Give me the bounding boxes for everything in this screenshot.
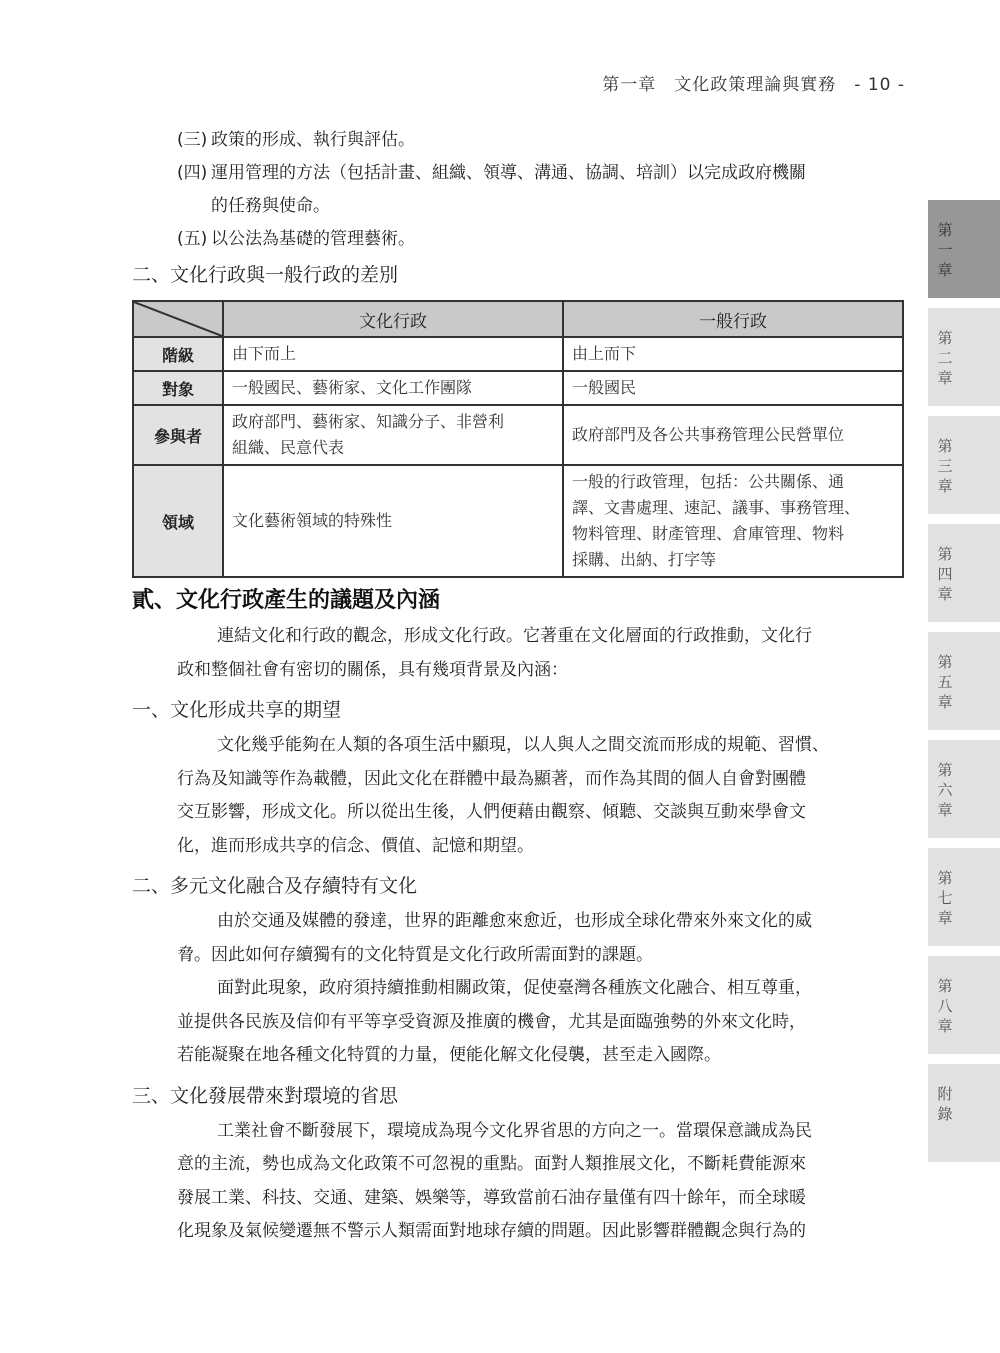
table-header-row: 文化行政 一般行政 <box>133 301 903 337</box>
tab-label: 第八章 <box>937 976 953 1036</box>
table-cell: 由下而上 <box>223 337 563 371</box>
paragraph: 由於交通及媒體的發達，世界的距離愈來愈近，也形成全球化帶來外來文化的威 脅。因此… <box>132 905 904 972</box>
table-cell: 政府部門及各公共事務管理公民營單位 <box>563 405 903 465</box>
list-marker: (三) <box>177 124 211 157</box>
paragraph-line: 若能凝聚在地各種文化特質的力量，便能化解文化侵襲，甚至走入國際。 <box>177 1039 904 1073</box>
cell-line: 譯、文書處理、速記、議事、事務管理、 <box>572 495 894 521</box>
paragraph-line: 工業社會不斷發展下，環境成為現今文化界省思的方向之一。當環保意識成為民 <box>177 1115 904 1149</box>
subsection-heading: 一、文化形成共享的期望 <box>132 691 904 729</box>
section-heading: 二、文化行政與一般行政的差別 <box>132 256 904 294</box>
cell-line: 採購、出納、打字等 <box>572 547 894 573</box>
paragraph-line: 發展工業、科技、交通、建築、娛樂等，導致當前石油存量僅有四十餘年，而全球暖 <box>177 1182 904 1216</box>
tab-label: 第七章 <box>937 868 953 928</box>
table-cell: 文化藝術領域的特殊性 <box>223 465 563 577</box>
tab-label: 第二章 <box>937 328 953 388</box>
paragraph-line: 連結文化和行政的觀念，形成文化行政。它著重在文化層面的行政推動，文化行 <box>177 620 904 654</box>
list-marker: (五) <box>177 223 211 256</box>
list-item: (三)政策的形成、執行與評估。 <box>132 124 904 157</box>
chapter-tab-6[interactable]: 第六章 <box>928 740 1000 838</box>
table-row: 對象 一般國民、藝術家、文化工作團隊 一般國民 <box>133 371 903 405</box>
row-header: 領域 <box>133 465 223 577</box>
tab-label: 第一章 <box>937 220 953 280</box>
column-header: 文化行政 <box>223 301 563 337</box>
paragraph-line: 面對此現象，政府須持續推動相關政策，促使臺灣各種族文化融合、相互尊重， <box>177 972 904 1006</box>
list-marker: (四) <box>177 157 211 190</box>
table-cell: 政府部門、藝術家、知識分子、非營利 組織、民意代表 <box>223 405 563 465</box>
chapter-tab-1[interactable]: 第一章 <box>928 200 1000 298</box>
chapter-tab-7[interactable]: 第七章 <box>928 848 1000 946</box>
table-row: 參與者 政府部門、藝術家、知識分子、非營利 組織、民意代表 政府部門及各公共事務… <box>133 405 903 465</box>
list-item: (四)運用管理的方法（包括計畫、組織、領導、溝通、協調、培訓）以完成政府機關 <box>132 157 904 190</box>
cell-line: 政府部門、藝術家、知識分子、非營利 <box>232 409 554 435</box>
paragraph-line: 行為及知識等作為載體，因此文化在群體中最為顯著，而作為其間的個人自會對團體 <box>177 763 904 797</box>
paragraph-line: 並提供各民族及信仰有平等享受資源及推廣的機會，尤其是面臨強勢的外來文化時， <box>177 1006 904 1040</box>
tab-label: 第五章 <box>937 652 953 712</box>
chapter-tab-appendix[interactable]: 附錄 <box>928 1064 1000 1162</box>
tab-label: 第六章 <box>937 760 953 820</box>
paragraph-line: 由於交通及媒體的發達，世界的距離愈來愈近，也形成全球化帶來外來文化的威 <box>177 905 904 939</box>
comparison-table: 文化行政 一般行政 階級 由下而上 由上而下 對象 一般國民、藝術家、文化工作團… <box>132 300 904 578</box>
running-header: 第一章 文化政策理論與實務 - 10 - <box>602 70 905 95</box>
diagonal-line-icon <box>134 302 222 336</box>
chapter-section-heading: 貳、文化行政產生的議題及內涵 <box>132 580 904 620</box>
list-item: (五)以公法為基礎的管理藝術。 <box>132 223 904 256</box>
list-text: 政策的形成、執行與評估。 <box>211 130 415 150</box>
paragraph: 文化幾乎能夠在人類的各項生活中顯現，以人與人之間交流而形成的規範、習慣、 行為及… <box>132 729 904 863</box>
intro-paragraph: 連結文化和行政的觀念，形成文化行政。它著重在文化層面的行政推動，文化行 政和整個… <box>132 620 904 687</box>
paragraph-line: 政和整個社會有密切的關係，具有幾項背景及內涵： <box>177 654 904 688</box>
chapter-tab-5[interactable]: 第五章 <box>928 632 1000 730</box>
row-header: 對象 <box>133 371 223 405</box>
column-header: 一般行政 <box>563 301 903 337</box>
paragraph-line: 化，進而形成共享的信念、價值、記憶和期望。 <box>177 830 904 864</box>
table-cell: 一般國民、藝術家、文化工作團隊 <box>223 371 563 405</box>
table-cell: 一般的行政管理，包括：公共關係、通 譯、文書處理、速記、議事、事務管理、 物料管… <box>563 465 903 577</box>
paragraph-line: 文化幾乎能夠在人類的各項生活中顯現，以人與人之間交流而形成的規範、習慣、 <box>177 729 904 763</box>
tab-label: 附錄 <box>937 1084 953 1124</box>
cell-line: 組織、民意代表 <box>232 435 554 461</box>
cell-line: 物料管理、財產管理、倉庫管理、物料 <box>572 521 894 547</box>
paragraph: 工業社會不斷發展下，環境成為現今文化界省思的方向之一。當環保意識成為民 意的主流… <box>132 1115 904 1249</box>
list-text: 以公法為基礎的管理藝術。 <box>211 229 415 249</box>
chapter-tab-4[interactable]: 第四章 <box>928 524 1000 622</box>
list-text: 運用管理的方法（包括計畫、組織、領導、溝通、協調、培訓）以完成政府機關 <box>211 163 806 183</box>
row-header: 參與者 <box>133 405 223 465</box>
row-header: 階級 <box>133 337 223 371</box>
paragraph-line: 脅。因此如何存續獨有的文化特質是文化行政所需面對的課題。 <box>177 939 904 973</box>
paragraph-line: 化現象及氣候變遷無不警示人類需面對地球存續的問題。因此影響群體觀念與行為的 <box>177 1215 904 1249</box>
list-item-continuation: 的任務與使命。 <box>132 190 904 223</box>
chapter-tab-8[interactable]: 第八章 <box>928 956 1000 1054</box>
table-row: 階級 由下而上 由上而下 <box>133 337 903 371</box>
page-content: (三)政策的形成、執行與評估。 (四)運用管理的方法（包括計畫、組織、領導、溝通… <box>132 124 904 1249</box>
table-cell: 一般國民 <box>563 371 903 405</box>
cell-line: 一般的行政管理，包括：公共關係、通 <box>572 469 894 495</box>
table-corner-cell <box>133 301 223 337</box>
paragraph-line: 意的主流，勢也成為文化政策不可忽視的重點。面對人類推展文化，不斷耗費能源來 <box>177 1148 904 1182</box>
subsection-heading: 三、文化發展帶來對環境的省思 <box>132 1077 904 1115</box>
paragraph-line: 交互影響，形成文化。所以從出生後，人們便藉由觀察、傾聽、交談與互動來學會文 <box>177 796 904 830</box>
subsection-heading: 二、多元文化融合及存續特有文化 <box>132 867 904 905</box>
chapter-tab-3[interactable]: 第三章 <box>928 416 1000 514</box>
chapter-tab-2[interactable]: 第二章 <box>928 308 1000 406</box>
tab-label: 第三章 <box>937 436 953 496</box>
table-cell: 由上而下 <box>563 337 903 371</box>
tab-label: 第四章 <box>937 544 953 604</box>
paragraph: 面對此現象，政府須持續推動相關政策，促使臺灣各種族文化融合、相互尊重， 並提供各… <box>132 972 904 1073</box>
table-row: 領域 文化藝術領域的特殊性 一般的行政管理，包括：公共關係、通 譯、文書處理、速… <box>133 465 903 577</box>
